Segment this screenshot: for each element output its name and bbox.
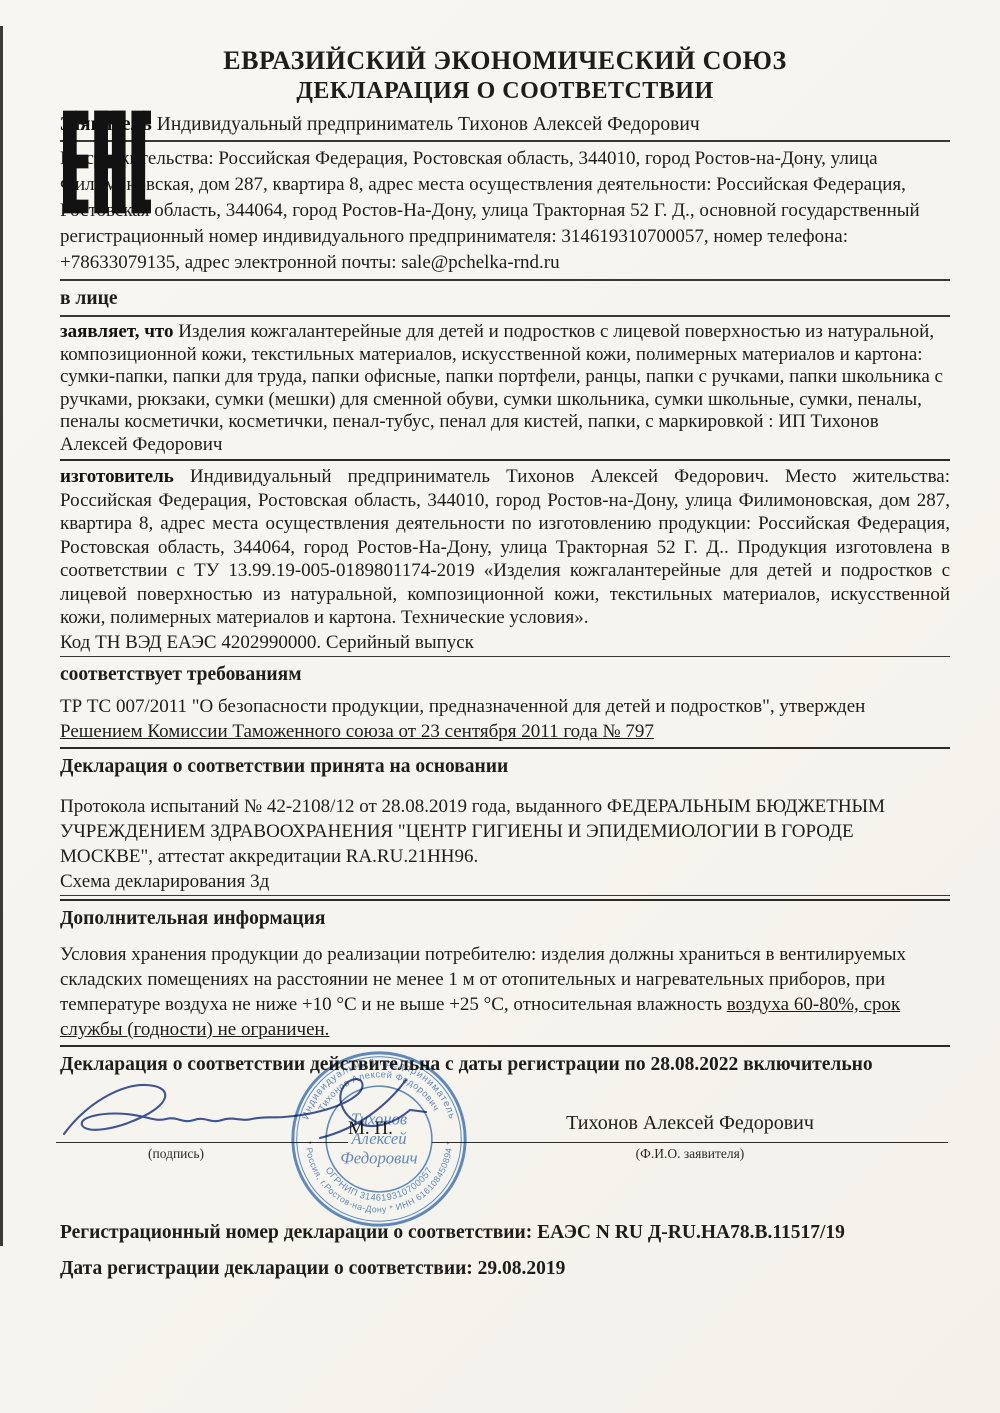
document-title: ЕВРАЗИЙСКИЙ ЭКОНОМИЧЕСКИЙ СОЮЗ: [60, 46, 950, 76]
eac-mark-icon: [63, 110, 151, 214]
declaration-document-page: ЕВРАЗИЙСКИЙ ЭКОНОМИЧЕСКИЙ СОЮЗ ДЕКЛАРАЦИ…: [0, 0, 1000, 1413]
complies-text-line2: Решением Комиссии Таможенного союза от 2…: [60, 721, 654, 742]
signatory-name-caption: (Ф.И.О. заявителя): [432, 1146, 948, 1162]
document-content: ЕВРАЗИЙСКИЙ ЭКОНОМИЧЕСКИЙ СОЮЗ ДЕКЛАРАЦИ…: [60, 46, 950, 1282]
section-divider: [60, 899, 950, 901]
additional-info-text: Условия хранения продукции до реализации…: [60, 942, 950, 1042]
basis-heading: Декларация о соответствии принята на осн…: [60, 753, 950, 780]
scan-edge-artifact: [0, 26, 3, 1246]
section-divider: [60, 315, 950, 317]
applicant-address: Место жительства: Российская Федерация, …: [60, 146, 950, 276]
complies-heading: соответствует требованиям: [60, 661, 950, 688]
document-subtitle: ДЕКЛАРАЦИЯ О СООТВЕТСТВИИ: [60, 78, 950, 104]
manufacturer-label: изготовитель: [60, 466, 174, 487]
signatory-name: Тихонов Алексей Федорович: [432, 1112, 948, 1135]
declares-text: Изделия кожгалантерейные для детей и под…: [60, 321, 943, 455]
stamp-center-line1: Тихонов: [351, 1109, 407, 1128]
in-person-label: в лице: [60, 285, 950, 312]
registration-date-line: Дата регистрации декларации о соответств…: [60, 1256, 950, 1282]
section-divider: [60, 1045, 950, 1047]
section-divider: [60, 279, 950, 281]
round-stamp: Индивидуальный предприниматель * Россия,…: [286, 1046, 472, 1232]
applicant-line: Заявитель Индивидуальный предприниматель…: [60, 112, 950, 137]
scheme-line: Схема декларирования 3д: [60, 869, 950, 896]
manufacturer-text: Индивидуальный предприниматель Тихонов А…: [60, 466, 950, 628]
section-divider: [60, 747, 950, 749]
stamp-center-line3: Федорович: [340, 1148, 417, 1167]
registration-number-line: Регистрационный номер декларации о соотв…: [60, 1220, 950, 1246]
signatory-name-line: [432, 1142, 948, 1143]
declares-label: заявляет, что: [60, 321, 174, 342]
complies-text-line1: ТР ТС 007/2011 "О безопасности продукции…: [60, 696, 865, 717]
tn-ved-line: Код ТН ВЭД ЕАЭС 4202990000. Серийный вып…: [60, 630, 950, 657]
section-divider: [60, 140, 950, 142]
applicant-name: Индивидуальный предприниматель Тихонов А…: [157, 114, 700, 135]
manufacturer-paragraph: изготовитель Индивидуальный предпринимат…: [60, 465, 950, 630]
declares-paragraph: заявляет, что Изделия кожгалантерейные д…: [60, 321, 950, 456]
complies-text: ТР ТС 007/2011 "О безопасности продукции…: [60, 694, 950, 744]
stamp-center-line2: Алексей: [350, 1129, 407, 1148]
additional-info-heading: Дополнительная информация: [60, 905, 950, 932]
basis-text: Протокола испытаний № 42-2108/12 от 28.0…: [60, 794, 950, 869]
section-divider: [60, 459, 950, 461]
signature-block: (подпись) М. П. Тихонов Алексей Федорови…: [60, 1082, 950, 1220]
